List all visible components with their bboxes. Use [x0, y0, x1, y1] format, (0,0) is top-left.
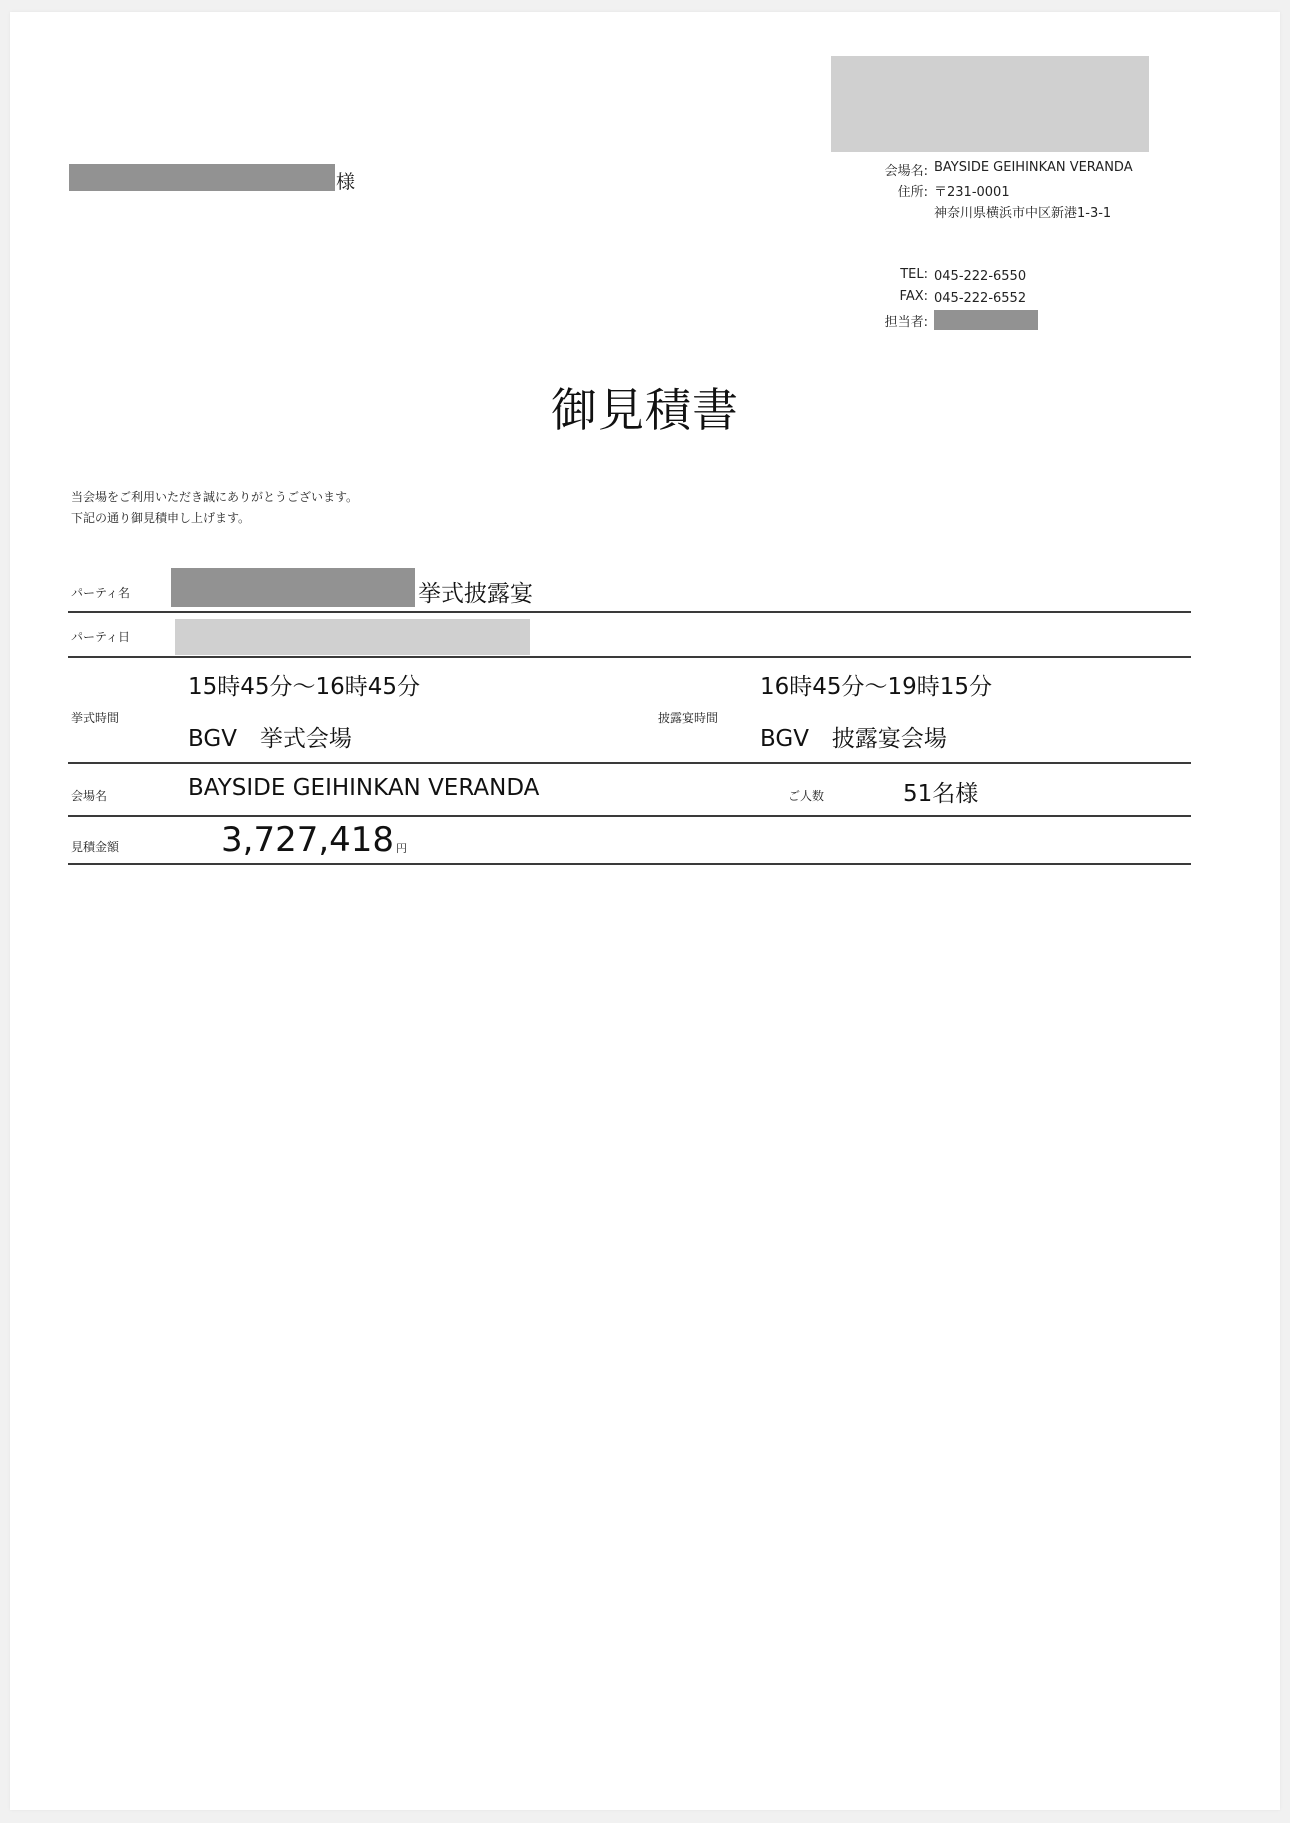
fax-label: FAX:: [808, 289, 928, 304]
fax-value: 045-222-6552: [934, 291, 1026, 306]
estimate-currency: 円: [396, 840, 407, 856]
reception-time-label: 披露宴時間: [658, 709, 718, 726]
ceremony-time-label: 挙式時間: [71, 709, 119, 726]
staff-name-redacted: [934, 310, 1038, 330]
row-divider: [68, 656, 1191, 658]
reception-time-value: 16時45分〜19時15分: [760, 668, 992, 701]
party-name-redacted: [171, 568, 415, 607]
recipient-honorific: 様: [336, 167, 355, 194]
party-name-suffix: 挙式披露宴: [418, 575, 533, 608]
greeting-line-1: 当会場をご利用いただき誠にありがとうございます。: [71, 488, 358, 505]
row-divider: [68, 863, 1191, 865]
tel-value: 045-222-6550: [934, 269, 1026, 284]
estimate-amount-value: 3,727,418: [221, 820, 394, 860]
guests-value: 51名様: [903, 775, 978, 808]
document-title: 御見積書: [10, 374, 1280, 440]
tel-label: TEL:: [808, 267, 928, 282]
party-name-label: パーティ名: [71, 584, 130, 601]
venue-label: 会場名: [71, 787, 107, 804]
party-date-label: パーティ日: [71, 628, 130, 645]
greeting-line-2: 下記の通り御見積申し上げます。: [71, 509, 250, 526]
row-divider: [68, 611, 1191, 613]
ceremony-time-value: 15時45分〜16時45分: [188, 668, 420, 701]
venue-name-value: BAYSIDE GEIHINKAN VERANDA: [934, 160, 1133, 175]
postal-code: 〒231-0001: [934, 181, 1010, 200]
venue-value: BAYSIDE GEIHINKAN VERANDA: [188, 775, 539, 801]
recipient-name-redacted: [69, 164, 335, 191]
address-value: 神奈川県横浜市中区新港1-3-1: [934, 202, 1111, 221]
venue-logo-redacted: [831, 56, 1149, 152]
guests-label: ご人数: [788, 787, 824, 804]
venue-name-label: 会場名:: [808, 160, 928, 179]
party-date-redacted: [175, 619, 530, 655]
estimate-document: 様 会場名: BAYSIDE GEIHINKAN VERANDA 住所: 〒23…: [10, 12, 1280, 1810]
address-label: 住所:: [808, 181, 928, 200]
ceremony-place-value: BGV 挙式会場: [188, 720, 352, 753]
estimate-amount-label: 見積金額: [71, 838, 119, 855]
reception-place-value: BGV 披露宴会場: [760, 720, 947, 753]
staff-label: 担当者:: [808, 311, 928, 330]
row-divider: [68, 815, 1191, 817]
row-divider: [68, 762, 1191, 764]
